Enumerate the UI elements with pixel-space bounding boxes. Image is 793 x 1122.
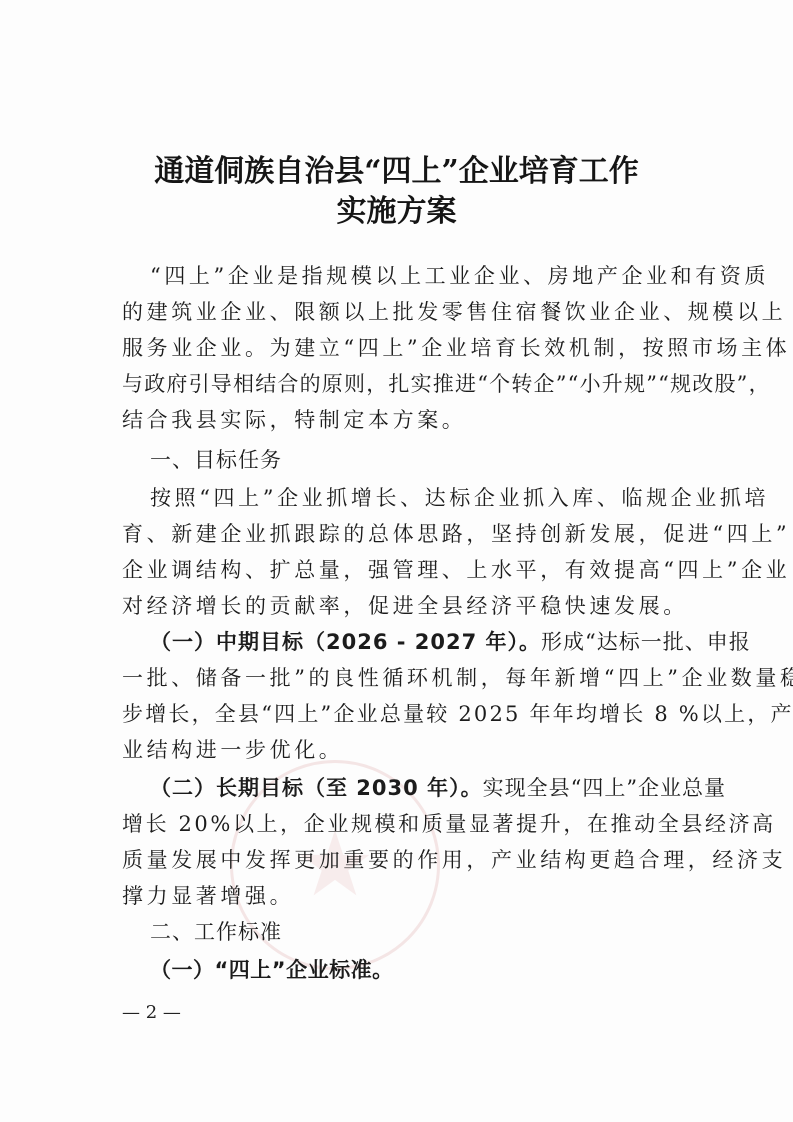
paragraph-line: 育、新建企业抓跟踪的总体思路，坚持创新发展，促进“四上”	[122, 522, 702, 546]
midterm-goal-first-line: （一）中期目标（2026 - 2027 年）。形成“达标一批、申报	[150, 630, 702, 654]
intro-line: 的建筑业企业、限额以上批发零售住宿餐饮业企业、规模以上	[122, 300, 702, 324]
intro-line: 结合我县实际，特制定本方案。	[122, 408, 702, 432]
intro-line: 服务业企业。为建立“四上”企业培育长效机制，按照市场主体	[122, 336, 702, 360]
paragraph-line: 增长 20%以上，企业规模和质量显著提升，在推动全县经济高	[122, 812, 702, 836]
paragraph-line: 业结构进一步优化。	[122, 738, 702, 762]
paragraph-text: 形成“达标一批、申报	[541, 630, 751, 654]
intro-line: 与政府引导相结合的原则，扎实推进“个转企”“小升规”“规改股”，	[122, 372, 702, 396]
paragraph-text: 实现全县“四上”企业总量	[483, 776, 726, 800]
intro-line: “四上”企业是指规模以上工业企业、房地产企业和有资质	[150, 264, 702, 288]
paragraph-line: 质量发展中发挥更加重要的作用，产业结构更趋合理，经济支	[122, 848, 702, 872]
section2-sub1-label: （一）“四上”企业标准。	[150, 958, 702, 982]
paragraph-line: 企业调结构、扩总量，强管理、上水平，有效提高“四上”企业	[122, 558, 702, 582]
page-number: — 2 —	[122, 1002, 181, 1023]
paragraph-line: 对经济增长的贡献率，促进全县经济平稳快速发展。	[122, 594, 702, 618]
paragraph-line: 一批、储备一批”的良性循环机制，每年新增“四上”企业数量稳	[122, 666, 702, 690]
document-title-line1: 通道侗族自治县“四上”企业培育工作	[0, 146, 793, 190]
longterm-goal-label: （二）长期目标（至 2030 年）。	[150, 776, 483, 800]
section1-heading: 一、目标任务	[150, 448, 702, 472]
longterm-goal-first-line: （二）长期目标（至 2030 年）。实现全县“四上”企业总量	[150, 776, 702, 800]
document-title-line2: 实施方案	[0, 186, 793, 230]
midterm-goal-label: （一）中期目标（2026 - 2027 年）。	[150, 630, 541, 654]
paragraph-line: 撑力显著增强。	[122, 884, 702, 908]
section2-heading: 二、工作标准	[150, 920, 702, 944]
paragraph-line: 按照“四上”企业抓增长、达标企业抓入库、临规企业抓培	[150, 486, 702, 510]
paragraph-line: 步增长，全县“四上”企业总量较 2025 年年均增长 8 %以上，产	[122, 702, 702, 726]
